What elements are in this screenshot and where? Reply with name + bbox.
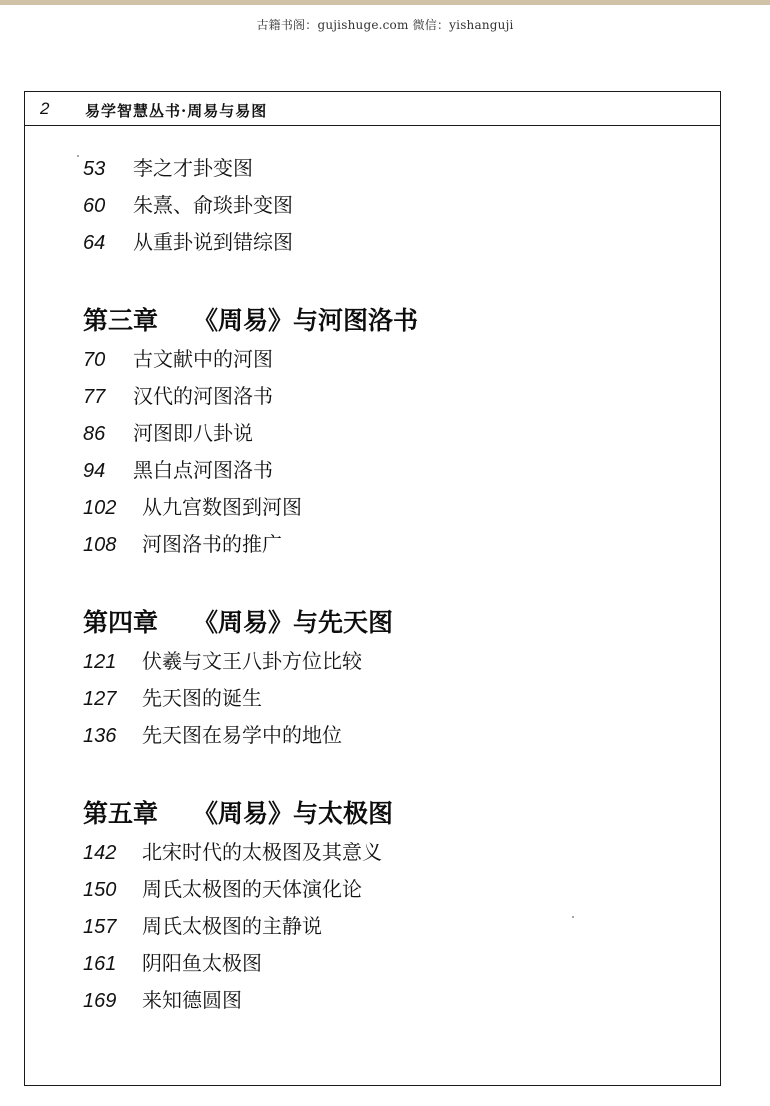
toc-entry-title: 先天图的诞生 (142, 683, 262, 713)
chapter-heading-3: 第三章 《周易》与河图洛书 (83, 303, 158, 339)
toc-entry-title: 黑白点河图洛书 (133, 455, 273, 485)
toc-entry-title: 从重卦说到错综图 (133, 227, 293, 257)
toc-entry-title: 河图即八卦说 (133, 418, 253, 448)
toc-entry: 86 河图即八卦说 (83, 418, 105, 448)
top-border-strip (0, 0, 770, 5)
page-frame: 2 易学智慧丛书·周易与易图 53 李之才卦变图 60 朱熹、俞琰卦变图 64 … (24, 91, 721, 1086)
toc-entry-title: 周氏太极图的天体演化论 (142, 874, 362, 904)
toc-page-number: 150 (83, 875, 116, 905)
toc-page-number: 142 (83, 838, 116, 868)
toc-entry: 121 伏羲与文王八卦方位比较 (83, 646, 116, 676)
toc-entry-title: 李之才卦变图 (133, 153, 253, 183)
chapter-title: 《周易》与先天图 (193, 605, 393, 641)
toc-page-number: 161 (83, 949, 116, 979)
toc-page-number: 86 (83, 419, 105, 449)
toc-entry-title: 朱熹、俞琰卦变图 (133, 190, 293, 220)
toc-page-number: 102 (83, 493, 116, 523)
toc-entry-title: 北宋时代的太极图及其意义 (142, 837, 382, 867)
toc-entry-title: 周氏太极图的主静说 (142, 911, 322, 941)
page-number: 2 (40, 99, 49, 119)
toc-page-number: 121 (83, 647, 116, 677)
toc-page-number: 77 (83, 382, 105, 412)
toc-entry: 102 从九宫数图到河图 (83, 492, 116, 522)
toc-page-number: 157 (83, 912, 116, 942)
scan-speck (77, 155, 79, 157)
toc-entry: 150 周氏太极图的天体演化论 (83, 874, 116, 904)
chapter-heading-4: 第四章 《周易》与先天图 (83, 605, 158, 641)
chapter-title: 《周易》与太极图 (193, 796, 393, 832)
toc-page-number: 136 (83, 721, 116, 751)
toc-entry-title: 河图洛书的推广 (142, 529, 282, 559)
toc-entry: 169 来知德圆图 (83, 985, 116, 1015)
toc-entry-title: 伏羲与文王八卦方位比较 (142, 646, 362, 676)
scan-speck (572, 916, 574, 918)
toc-entry: 161 阴阳鱼太极图 (83, 948, 116, 978)
toc-entry: 53 李之才卦变图 (83, 153, 105, 183)
toc-entry-title: 阴阳鱼太极图 (142, 948, 262, 978)
toc-page-number: 94 (83, 456, 105, 486)
series-title: 易学智慧丛书·周易与易图 (85, 100, 267, 121)
chapter-heading-5: 第五章 《周易》与太极图 (83, 796, 158, 832)
toc-entry-title: 先天图在易学中的地位 (142, 720, 342, 750)
toc-entry: 136 先天图在易学中的地位 (83, 720, 116, 750)
toc-entry: 77 汉代的河图洛书 (83, 381, 105, 411)
toc-page-number: 108 (83, 530, 116, 560)
running-head: 2 易学智慧丛书·周易与易图 (25, 92, 720, 126)
toc-entry: 94 黑白点河图洛书 (83, 455, 105, 485)
toc-entry: 157 周氏太极图的主静说 (83, 911, 116, 941)
toc-entry: 60 朱熹、俞琰卦变图 (83, 190, 105, 220)
toc-page-number: 169 (83, 986, 116, 1016)
toc-entry-title: 汉代的河图洛书 (133, 381, 273, 411)
toc-entry: 142 北宋时代的太极图及其意义 (83, 837, 116, 867)
chapter-label: 第四章 (83, 605, 158, 641)
chapter-title: 《周易》与河图洛书 (193, 303, 418, 339)
toc-page-number: 64 (83, 228, 105, 258)
toc-entry-title: 从九宫数图到河图 (142, 492, 302, 522)
watermark-text: 古籍书阁：gujishuge.com 微信：yishanguji (0, 16, 770, 33)
chapter-label: 第三章 (83, 303, 158, 339)
toc-entry-title: 来知德圆图 (142, 985, 242, 1015)
toc-page-number: 53 (83, 154, 105, 184)
chapter-label: 第五章 (83, 796, 158, 832)
toc-entry: 127 先天图的诞生 (83, 683, 116, 713)
toc-entry-title: 古文献中的河图 (133, 344, 273, 374)
toc-entry: 108 河图洛书的推广 (83, 529, 116, 559)
toc-entry: 70 古文献中的河图 (83, 344, 105, 374)
toc-page-number: 70 (83, 345, 105, 375)
toc-page-number: 127 (83, 684, 116, 714)
toc-page-number: 60 (83, 191, 105, 221)
toc-entry: 64 从重卦说到错综图 (83, 227, 105, 257)
